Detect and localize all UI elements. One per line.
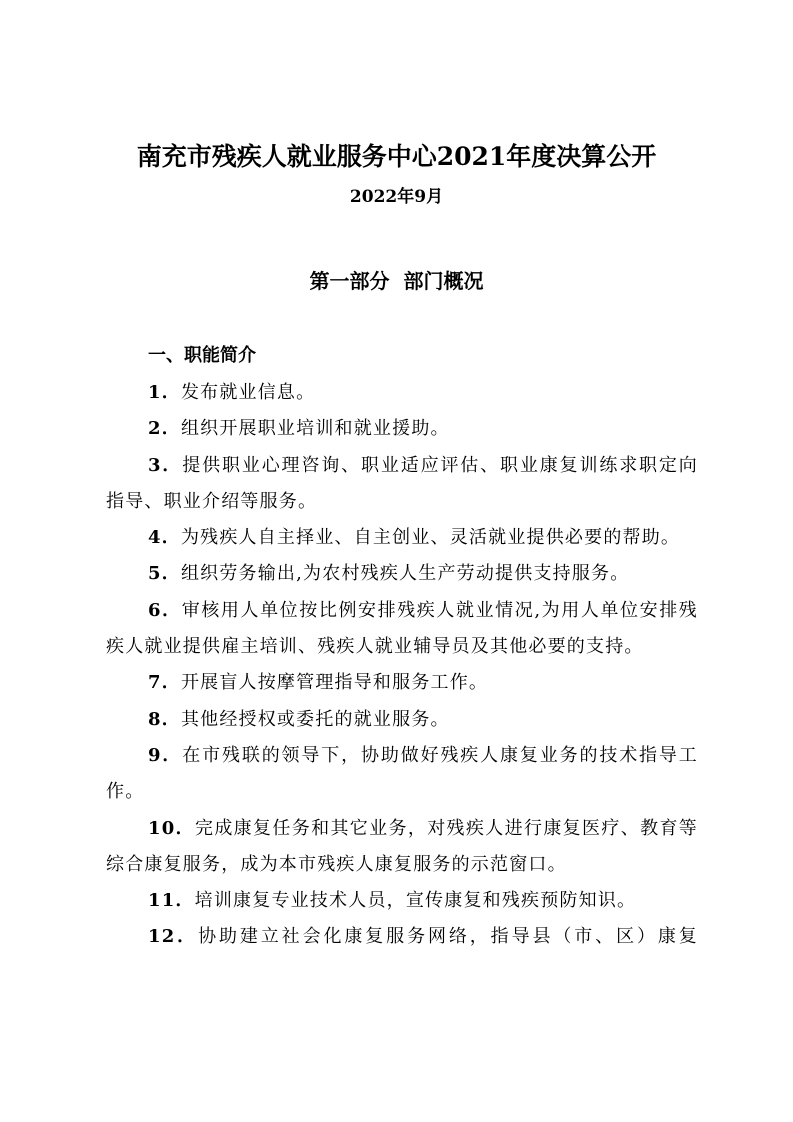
item-text: 发布就业信息。	[181, 382, 315, 403]
item-number: 9．	[148, 745, 182, 766]
subheading: 一、职能简介	[148, 342, 256, 370]
item-number: 8．	[148, 709, 181, 730]
document-date: 2022年9月	[0, 185, 793, 209]
item-number: 2．	[148, 418, 181, 439]
item-text: 为残疾人自主择业、自主创业、灵活就业提供必要的帮助。	[181, 527, 680, 548]
list-item: 12．协助建立社会化康复服务网络，指导县（市、区）康复	[106, 919, 698, 955]
item-text: 完成康复任务和其它业务，对残疾人进行康复医疗、教育等综合康复服务，成为本市残疾人…	[106, 818, 698, 875]
item-number: 3．	[148, 455, 182, 476]
document-title: 南充市残疾人就业服务中心2021年度决算公开	[0, 140, 793, 174]
list-item: 5．组织劳务输出,为农村残疾人生产劳动提供支持服务。	[106, 556, 698, 592]
list-item: 11．培训康复专业技术人员，宣传康复和残疾预防知识。	[106, 883, 698, 919]
item-number: 5．	[148, 563, 181, 584]
list-item: 10．完成康复任务和其它业务，对残疾人进行康复医疗、教育等综合康复服务，成为本市…	[106, 811, 698, 884]
item-number: 4．	[148, 527, 181, 548]
function-list: 1．发布就业信息。 2．组织开展职业培训和就业援助。 3．提供职业心理咨询、职业…	[106, 375, 698, 956]
item-text: 其他经授权或委托的就业服务。	[181, 709, 450, 730]
item-number: 1．	[148, 382, 181, 403]
item-text: 组织开展职业培训和就业援助。	[181, 418, 450, 439]
item-text: 开展盲人按摩管理指导和服务工作。	[181, 672, 488, 693]
item-text: 协助建立社会化康复服务网络，指导县（市、区）康复	[198, 926, 698, 947]
list-item: 1．发布就业信息。	[106, 375, 698, 411]
list-item: 3．提供职业心理咨询、职业适应评估、职业康复训练求职定向指导、职业介绍等服务。	[106, 448, 698, 521]
item-number: 7．	[148, 672, 181, 693]
list-item: 9．在市残联的领导下，协助做好残疾人康复业务的技术指导工作。	[106, 738, 698, 811]
item-text: 组织劳务输出,为农村残疾人生产劳动提供支持服务。	[181, 563, 630, 584]
item-text: 培训康复专业技术人员，宣传康复和残疾预防知识。	[195, 890, 637, 911]
list-item: 7．开展盲人按摩管理指导和服务工作。	[106, 665, 698, 701]
item-text: 在市残联的领导下，协助做好残疾人康复业务的技术指导工作。	[106, 745, 698, 802]
item-number: 11．	[148, 890, 195, 911]
section-title: 第一部分 部门概况	[0, 266, 793, 296]
list-item: 8．其他经授权或委托的就业服务。	[106, 702, 698, 738]
item-number: 10．	[148, 818, 195, 839]
item-number: 6．	[148, 600, 182, 621]
document-page: 南充市残疾人就业服务中心2021年度决算公开 2022年9月 第一部分 部门概况…	[0, 0, 793, 1122]
list-item: 4．为残疾人自主择业、自主创业、灵活就业提供必要的帮助。	[106, 520, 698, 556]
list-item: 6．审核用人单位按比例安排残疾人就业情况,为用人单位安排残疾人就业提供雇主培训、…	[106, 593, 698, 666]
list-item: 2．组织开展职业培训和就业援助。	[106, 411, 698, 447]
item-text: 提供职业心理咨询、职业适应评估、职业康复训练求职定向指导、职业介绍等服务。	[106, 455, 698, 512]
item-text: 审核用人单位按比例安排残疾人就业情况,为用人单位安排残疾人就业提供雇主培训、残疾…	[106, 600, 698, 657]
item-number: 12．	[148, 926, 198, 947]
